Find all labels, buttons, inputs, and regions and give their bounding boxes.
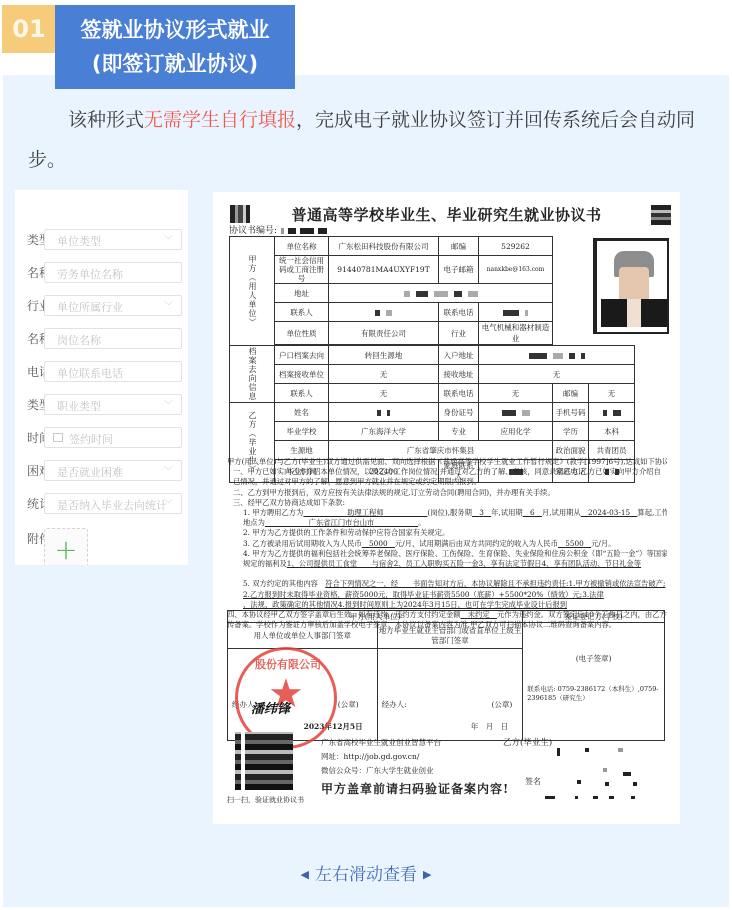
cell-label: 档案接收单位: [275, 365, 329, 384]
placeholder-text: 单位所属行业: [57, 299, 123, 315]
form-select[interactable]: 单位类型﹀: [44, 229, 182, 250]
form-select[interactable]: 单位所属行业﹀: [44, 295, 182, 316]
placeholder-text: 单位类型: [57, 233, 101, 249]
cell-label: 联系人: [275, 384, 329, 403]
registrar-header: 鉴证登记方(学校): [523, 611, 665, 623]
placeholder-text: 单位联系电话: [57, 365, 123, 381]
clause-4-benefits: 规定的福利及1、公司提供员工食堂 与宿舍2、员工入职购买五险一金3、享有法定节假…: [227, 559, 667, 569]
cell-label: 身份证号: [439, 403, 479, 422]
clause-1: 1. 甲方聘用乙方为 助理工程师 (岗位),服务期 3 年,试用期 6 月,试用…: [227, 508, 667, 518]
redacted-value: [589, 403, 635, 422]
employment-form: 类型:单位类型﹀名称:劳务单位名称行业:单位所属行业﹀名称:岗位名称电话:单位联…: [15, 190, 188, 565]
form-input[interactable]: 岗位名称: [44, 328, 182, 349]
dept-seal-cell: 经办人: (公章) 年 月 日: [377, 649, 523, 741]
cell-label: 统一社会信用码或工商注册号: [275, 256, 329, 284]
clause-5: 5. 双方约定的其他内容 符合下列情况之一，经 书面告知对方后，本协议解除且不承…: [227, 579, 667, 589]
qr-caption: 扫一扫，验证就业协议书: [227, 795, 304, 805]
registrar-cell: (电子签章) 联系电话: 0759-2386172（本科生）,0759-2396…: [523, 623, 665, 741]
form-row: 统计:是否纳入毕业去向统计﹀: [15, 493, 188, 513]
cell-label: 学历: [553, 422, 589, 441]
intro-prefix: 该种形式: [68, 109, 144, 131]
form-input[interactable]: 单位联系电话: [44, 361, 182, 382]
cell-value: 无: [479, 384, 553, 403]
chevron-down-icon: ﹀: [164, 497, 173, 510]
cell-label: 户口档案去向: [275, 346, 329, 365]
swipe-hint-text: 左右滑动查看: [315, 865, 417, 885]
party-b-label: 乙方(毕业生): [503, 736, 552, 748]
cell-value: 转回生源地: [329, 346, 439, 365]
term-line: 一、甲方已如实向乙方介绍本单位情况，以及乙方工作岗位情况,并通过对乙方的了解、考…: [227, 467, 667, 477]
agreement-number-label: 协议书编号:: [229, 226, 277, 236]
placeholder-text: 签约时间: [69, 431, 113, 447]
info-table: 甲方（用人单位） 单位名称 广东松田科技股份有限公司 邮编 529262 统一社…: [229, 236, 635, 483]
term-line: 已情况，并通过对甲方的了解，愿意到甲方就业并在规定或约定期限内报到。: [227, 477, 667, 487]
cell-label: 联系电话: [439, 303, 479, 322]
swipe-hint[interactable]: ◀左右滑动查看▶: [0, 860, 732, 885]
form-row: 名称:劳务单位名称: [15, 262, 188, 282]
clause-5-line2: 2.乙方报到时未取得毕业资格，薪资5000元，取得毕业证书薪资5500（底薪）+…: [227, 590, 667, 600]
placeholder-text: 岗位名称: [57, 332, 101, 348]
handwritten-signature: 潘纬锋: [251, 698, 290, 717]
redacted-value: [329, 284, 553, 303]
cell-label: 邮编: [553, 384, 589, 403]
cell-value: 有限责任公司: [329, 322, 439, 345]
triangle-left-icon: ◀: [301, 868, 309, 881]
stamp-text: 股份有限公司: [248, 656, 328, 672]
term-line: 二、乙方到甲方报到后，双方应按有关法律法规的规定,订立劳动合同(聘用合同)，并办…: [227, 488, 667, 498]
term-line: 甲方(用人单位)与乙方(毕业生)双方通过供需见面、双向选择根据《普通高等学校学生…: [227, 457, 667, 467]
placeholder-text: 是否就业困难: [57, 464, 123, 480]
date-picker-input[interactable]: 签约时间: [44, 427, 182, 448]
clause-1-location: 地点为 广东省江门市台山市 。: [227, 518, 667, 528]
redacted-value: [479, 403, 553, 422]
term-line: 三、经甲乙双方协商达成如下条款:: [227, 498, 667, 508]
cell-value: 广东海洋大学: [329, 422, 439, 441]
cell-label: 联系电话: [439, 384, 479, 403]
clause-2: 2. 甲方为乙方提供的工作条件和劳动保护应符合国家有关规定。: [227, 528, 667, 538]
attachment-row: 附件:: [15, 528, 188, 548]
cell-label: 入户地址: [439, 346, 479, 365]
form-row: 电话:单位联系电话: [15, 361, 188, 381]
cell-label: 电子邮箱: [439, 256, 479, 284]
form-row: 时间:签约时间: [15, 427, 188, 447]
archive-side-label: 档案去向信息: [230, 346, 275, 403]
party-b-sign-label: 签名: [525, 776, 541, 787]
section-title-line2: (即签订就业协议): [55, 47, 295, 81]
cell-value: 无: [329, 384, 439, 403]
form-row: 困难:是否就业困难﹀: [15, 460, 188, 480]
platform-website: 网址：http://job.gd.gov.cn/: [321, 750, 509, 764]
clause-3: 3. 乙方被录用后试用期收入为人民币 5000 元/月，试用期满后由双方共同约定…: [227, 539, 667, 549]
dept-seal-label: 地方毕业生就业主管部门或省直单位上级主管部门签章: [377, 623, 523, 649]
cell-label: 毕业学校: [275, 422, 329, 441]
section-title: 签就业协议形式就业 (即签订就业协议): [55, 5, 295, 89]
chevron-down-icon: ﹀: [164, 398, 173, 411]
cell-value: 无: [329, 365, 439, 384]
cell-value: 本科: [589, 422, 635, 441]
calendar-icon: [53, 433, 63, 442]
placeholder-text: 是否纳入毕业去向统计: [57, 497, 167, 513]
chevron-down-icon: ﹀: [164, 464, 173, 477]
cell-value: nanxkbe@163.com: [479, 256, 553, 284]
chevron-down-icon: ﹀: [164, 233, 173, 246]
agreement-terms: 甲方(用人单位)与乙方(毕业生)双方通过供需见面、双向选择根据《普通高等学校学生…: [227, 457, 667, 630]
seal-label: (公章): [491, 699, 512, 710]
verify-notice: 甲方盖章前请扫码验证备案内容!: [321, 782, 509, 796]
cell-label: 专业: [439, 422, 479, 441]
redacted-value: [479, 346, 635, 365]
platform-name: 广东省高校毕业生就业创业智慧平台: [321, 736, 509, 750]
intro-paragraph: 该种形式无需学生自行填报，完成电子就业协议签订并回传系统后会自动同步。: [28, 100, 712, 180]
cell-value: 广东松田科技股份有限公司: [329, 237, 439, 256]
party-a-header: 甲方(用人单位): [228, 611, 523, 623]
form-row: 名称:岗位名称: [15, 328, 188, 348]
cell-label: 单位性质: [275, 322, 329, 345]
form-row: 类型:单位类型﹀: [15, 229, 188, 249]
cell-label: 姓名: [275, 403, 329, 422]
clause-4: 4. 甲方为乙方提供的福利包括社会统筹养老保险、医疗保险、工伤保险、生育保险、失…: [227, 549, 667, 559]
cell-label: 行业: [439, 322, 479, 345]
cell-label: 邮编: [439, 237, 479, 256]
agreement-number: 协议书编号:: [229, 223, 327, 236]
form-select[interactable]: 是否纳入毕业去向统计﹀: [44, 493, 182, 514]
handler-label: 经办人:: [382, 699, 407, 710]
upload-attachment-button[interactable]: +: [44, 528, 88, 565]
section-number-badge: 01: [2, 5, 56, 53]
form-row: 类型:职业类型﹀: [15, 394, 188, 414]
triangle-right-icon: ▶: [423, 868, 431, 881]
cell-value: 电气机械和器材制造业: [479, 322, 553, 345]
e-seal: (电子签章): [523, 653, 664, 664]
platform-info: 广东省高校毕业生就业创业智慧平台 网址：http://job.gd.gov.cn…: [321, 736, 509, 796]
redacted-value: [329, 303, 439, 322]
cell-value: 无: [589, 384, 635, 403]
cell-label: 地址: [275, 284, 329, 303]
agreement-document: 普通高等学校毕业生、毕业研究生就业协议书 协议书编号: 甲方（用人单位） 单位名…: [213, 192, 680, 824]
form-select[interactable]: 是否就业困难﹀: [44, 460, 182, 481]
form-select[interactable]: 职业类型﹀: [44, 394, 182, 415]
registrar-phone: 联系电话: 0759-2386172（本科生）,0759-2396185（研究生…: [527, 685, 662, 703]
placeholder-text: 职业类型: [57, 398, 101, 414]
date-label: 年 月 日: [471, 721, 509, 732]
cell-label: 接收地址: [439, 365, 479, 384]
form-input[interactable]: 劳务单位名称: [44, 262, 182, 283]
clause-blank: [227, 569, 667, 579]
plus-icon: +: [45, 533, 87, 565]
redacted-value: [329, 403, 439, 422]
intro-highlight: 无需学生自行填报: [144, 109, 296, 131]
party-a-side-label: 甲方（用人单位）: [230, 237, 275, 346]
cell-label: 手机号码: [553, 403, 589, 422]
cell-value: 应用化学: [479, 422, 553, 441]
clause-5-line3: 、法规、政策确定的其他情况4.报到时间原则上为2024年3月15日，也可在学生完…: [227, 600, 667, 610]
seal-label: (公章): [338, 699, 359, 710]
form-row: 行业:单位所属行业﹀: [15, 295, 188, 315]
placeholder-text: 劳务单位名称: [57, 266, 123, 282]
cell-value: 无: [479, 365, 635, 384]
graduate-photo: [593, 238, 669, 334]
cell-value: 529262: [479, 237, 553, 256]
verification-qr-code[interactable]: [235, 732, 293, 790]
cell-label: 联系人: [275, 303, 329, 322]
cell-value: 91440781MA4UXYF19T: [329, 256, 439, 284]
document-title: 普通高等学校毕业生、毕业研究生就业协议书: [213, 204, 680, 225]
unit-seal-label: 用人单位或单位人事部门签章: [228, 623, 378, 649]
chevron-down-icon: ﹀: [164, 299, 173, 312]
cell-label: 单位名称: [275, 237, 329, 256]
redacted-value: [479, 303, 553, 322]
platform-wechat: 微信公众号：广东大学生就业创业: [321, 764, 509, 778]
section-title-line1: 签就业协议形式就业: [55, 13, 295, 47]
